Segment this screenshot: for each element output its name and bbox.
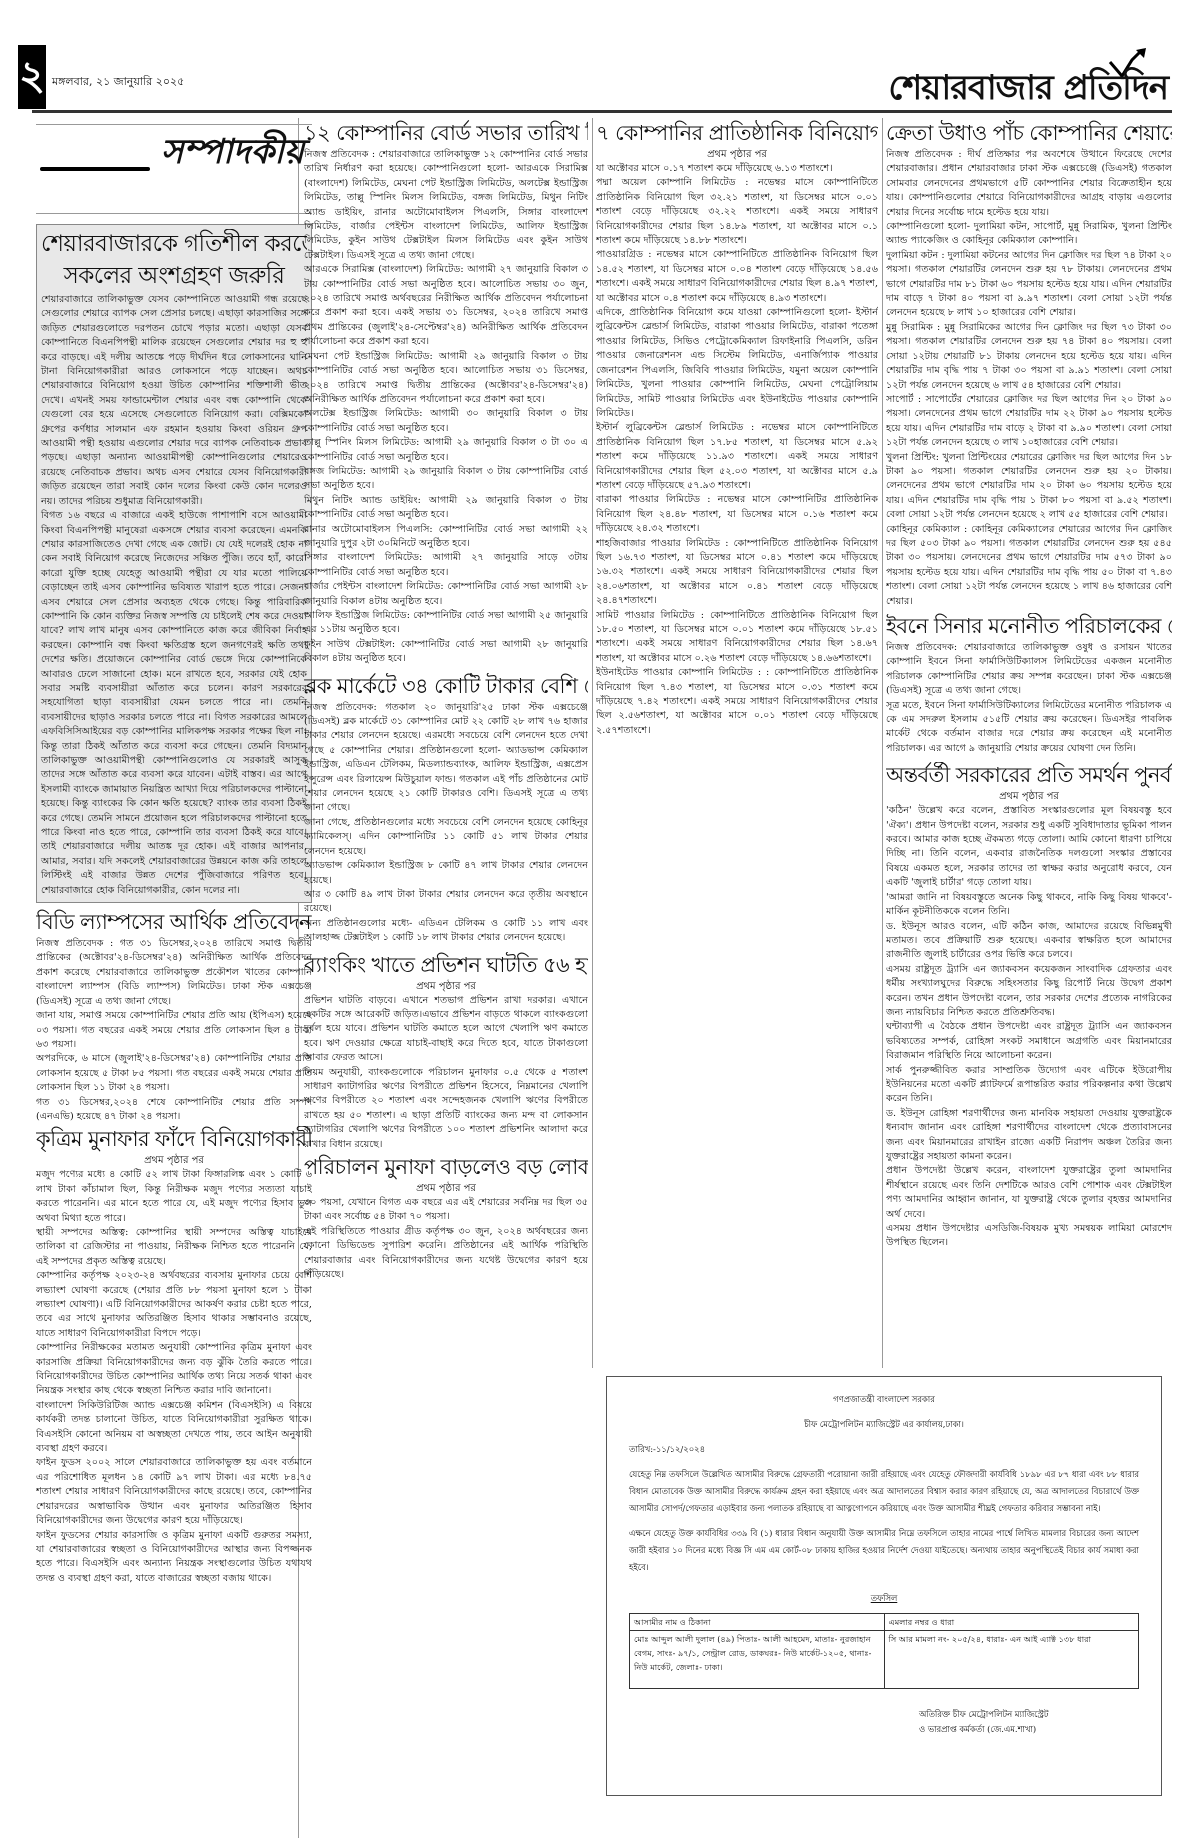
article-paragraph: এদিকে, প্রাতিষ্ঠানিক বিনিয়োগ কমে যাওয়া…: [596, 306, 878, 421]
article-paragraph: মুন্নু সিরামিক : মুন্নু সিরামিকের আগের দ…: [886, 321, 1172, 393]
section-label: সম্পাদকীয়: [161, 145, 304, 159]
editorial-article: শেয়ারবাজারকে গতিশীল করতে সকলের অংশগ্রহণ…: [36, 224, 312, 903]
article-paragraph: ইউনাইটেড পাওয়ার কোম্পানি লিমিটেড : : কো…: [596, 666, 878, 738]
article-paragraph: ঘন্টাব্যাপী এ বৈঠকে প্রধান উপদেষ্টা এবং …: [886, 1020, 1172, 1063]
article-paragraph: বারাকা পাওয়ার লিমিটেড : নভেম্বর মাসে কো…: [596, 493, 878, 536]
article-paragraph: যা অক্টোবর মাসে ০.১৭ শতাংশ কমে দাঁড়িয়ে…: [596, 162, 878, 176]
article-paragraph: নিজস্ব প্রতিবেদক : গত ৩১ ডিসেম্বর,২০২৪ ত…: [36, 937, 312, 1009]
bd-lamps-article: বিডি ল্যাম্পসের আর্থিক প্রতিবেদন প্রকাশ …: [36, 909, 312, 1124]
masthead: ২ মঙ্গলবার, ২১ জানুয়ারি ২০২৫ শেয়ারবাজা…: [0, 0, 1200, 110]
article-paragraph: প্রধান উপদেষ্টা উল্লেখ করেন, বাংলাদেশ যু…: [886, 1164, 1172, 1222]
article-headline: ক্রেতা উধাও পাঁচ কোম্পানির শেয়ারের: [886, 120, 1172, 146]
article-paragraph: ৩০ পয়সা, যেখানে বিগত এক বছরে এর এই শেয়…: [304, 1196, 588, 1225]
editorial-paragraph: শেয়ারবাজারে তালিকাভুক্ত যেসব কোম্পানিতে…: [41, 293, 307, 509]
column-3: ৭ কোম্পানির প্রাতিষ্ঠানিক বিনিয়োগ প্রথম…: [596, 118, 878, 1368]
column-2: ১২ কোম্পানির বোর্ড সভার তারিখ নির্ধারণ ন…: [304, 118, 588, 1838]
article-paragraph: সূত্র মতে, ইবনে সিনা ফার্মাসিউটিক্যালের …: [886, 699, 1172, 757]
continuation-label: প্রথম পৃষ্ঠার পর: [36, 1154, 312, 1168]
signature-subtitle: ও ভারপ্রাপ্ত কর্মকর্তা (জে.এম.শাখা): [919, 1722, 1139, 1737]
notice-paragraph: এক্ষনে যেহেতু উক্ত কার্যবিধির ৩৩৯ বি (১)…: [629, 1525, 1139, 1576]
article-paragraph: নিজস্ব প্রতিবেদক : শেয়ারবাজারে তালিকাভু…: [304, 148, 588, 263]
article-paragraph: তাল্লু স্পিনিং মিলস লিমিটেড: আগামী ২৯ জা…: [304, 436, 588, 465]
editorial-headline-line1: শেয়ারবাজারকে গতিশীল করতে: [41, 229, 307, 259]
continuation-label: প্রথম পৃষ্ঠার পর: [304, 1182, 588, 1196]
decorative-stroke: [40, 167, 150, 171]
table-header-cell: এমলার নম্বর ও ধারা: [884, 1614, 1139, 1631]
article-paragraph: গত ৩১ ডিসেম্বর,২০২৪ শেষে কোম্পানিটির শেয…: [36, 1096, 312, 1125]
article-headline: ব্লক মার্কেটে ৩৪ কোটি টাকার বেশি শেয়ার …: [304, 673, 588, 699]
article-paragraph: অ্যাডভান্স কেমিক্যাল ইন্ডাস্ট্রিজ ৮ কোটি…: [304, 859, 588, 888]
editorial-headline-line2: সকলের অংশগ্রহণ জরুরি: [41, 261, 307, 291]
article-paragraph: সার্ক পুনরুজ্জীবিত করার সাম্প্রতিক উদ্যো…: [886, 1064, 1172, 1107]
notice-date: তারিখ:-১১/১২/২০২৪: [629, 1441, 1139, 1458]
article-paragraph: এসময় রাষ্ট্রদূত ট্র্যাসি এন জ্যাকবসন কয…: [886, 963, 1172, 1021]
article-paragraph: কোম্পানির নিরীক্ষকের মতামত অনুযায়ী কোম্…: [36, 1341, 312, 1399]
article-headline: অন্তর্বর্তী সরকারের প্রতি সমর্থন পুনর্ব্…: [886, 762, 1172, 788]
continuation-label: প্রথম পৃষ্ঠার পর: [886, 790, 1172, 804]
column-1: সম্পাদকীয় শেয়ারবাজারকে গতিশীল করতে সকল…: [36, 118, 312, 1838]
article-paragraph: সাপোর্ট : সাপোর্টের শেয়ারের ক্লোজিং দর …: [886, 393, 1172, 451]
column-4: ক্রেতা উধাও পাঁচ কোম্পানির শেয়ারের নিজস…: [886, 118, 1172, 1368]
article-paragraph: বঙ্গজ লিমিটেড: আগামী ২৯ জানুয়ারি বিকাল …: [304, 465, 588, 494]
article-paragraph: পদ্মা অয়েল কোম্পানি লিমিটেড : নভেম্বর ম…: [596, 176, 878, 248]
table-cell: সি আর মামলা নং- ২০৫/২৪, ধারাঃ- এন আই এ্য…: [884, 1631, 1139, 1689]
table-cell: মোঃ আব্দুল আলী দুলাল (৪৯) পিতাঃ- আলী আহম…: [630, 1631, 885, 1689]
signature-block: অতিরিক্ত চীফ মেট্রোপলিটন ম্যাজিস্ট্রেট ও…: [919, 1707, 1139, 1737]
article-paragraph: জানা যায়, সমাপ্ত সময়ে কোম্পানিটির শেয়…: [36, 1009, 312, 1052]
article-paragraph: নিজস্ব প্রতিবেদক: শেয়ারবাজারে তালিকাভুক…: [886, 641, 1172, 699]
article-headline: কৃত্রিম মুনাফার ফাঁদে বিনিয়োগকারীরা: [36, 1126, 312, 1152]
article-headline: ইবনে সিনার মনোনীত পরিচালকের শেয়ার ক্রয়: [886, 613, 1172, 639]
editorial-banner: সম্পাদকীয়: [36, 124, 312, 214]
article-paragraph: কুইন সাউথ টেক্সটাইল: কোম্পানিটির বোর্ড স…: [304, 638, 588, 667]
provision-article: ব্যাংকিং খাতে প্রভিশন ঘাটতি ৫৬ হাজার প্র…: [304, 952, 588, 1152]
table-header-cell: আসামীর নাম ও ঠিকানা: [630, 1614, 885, 1631]
table-header-row: আসামীর নাম ও ঠিকানা এমলার নম্বর ও ধারা: [630, 1614, 1139, 1631]
article-paragraph: কোহিনূর কেমিক্যাল : কোহিনূর কেমিক্যালের …: [886, 523, 1172, 609]
editorial-paragraph: বিগত ১৬ বছরে এ বাজারে একই হাউজে পাশাপাশি…: [41, 509, 307, 898]
article-paragraph: ড. ইউনূস রোহিঙ্গা শরণার্থীদের জন্য মানবি…: [886, 1107, 1172, 1165]
article-paragraph: বাংলাদেশ সিকিউরিটিজ অ্যান্ড এক্সচেঞ্জ কম…: [36, 1399, 312, 1457]
continuation-label: প্রথম পৃষ্ঠার পর: [596, 148, 878, 162]
article-paragraph: কোম্পানির কর্তৃপক্ষ ২০২৩-২৪ অর্থবছরের ব্…: [36, 1269, 312, 1341]
article-paragraph: দুলামিয়া কটন : দুলামিয়া কটনের আগের দিন…: [886, 249, 1172, 321]
article-headline: ৭ কোম্পানির প্রাতিষ্ঠানিক বিনিয়োগ: [596, 120, 878, 146]
article-headline: বিডি ল্যাম্পসের আর্থিক প্রতিবেদন প্রকাশ: [36, 909, 312, 935]
article-headline: ১২ কোম্পানির বোর্ড সভার তারিখ নির্ধারণ: [304, 120, 588, 146]
article-paragraph: নিজস্ব প্রতিবেদক : দীর্ঘ প্রতিক্ষার পর অ…: [886, 148, 1172, 220]
article-paragraph: স্থায়ী সম্পদের অস্তিত্ব: কোম্পানির স্থা…: [36, 1226, 312, 1269]
article-headline: ব্যাংকিং খাতে প্রভিশন ঘাটতি ৫৬ হাজার: [304, 952, 588, 978]
article-paragraph: মজুদ পণ্যের মধ্যে ৪ কোটি ৫২ লাখ টাকা ফিঙ…: [36, 1168, 312, 1226]
article-paragraph: সামিট পাওয়ার লিমিটেড : কোম্পানিটিতে প্র…: [596, 609, 878, 667]
column-divider: [592, 118, 593, 1368]
article-paragraph: ড. ইউনূস আরও বলেন, এটি কঠিন কাজ, আমাদের …: [886, 920, 1172, 963]
article-paragraph: মিথুন নিটিং অ্যান্ড ডাইয়িং: আগামী ২৯ জা…: [304, 494, 588, 523]
article-paragraph: ফাইন ফুডসের শেয়ার কারসাজি ও কৃত্রিম মুন…: [36, 1529, 312, 1587]
notice-paragraph: যেহেতু নিম্ন তফসিলে উল্লেখিত আসামীর বিরু…: [629, 1466, 1139, 1517]
page-number: ২: [18, 45, 46, 109]
article-paragraph: 'কঠিন' উল্লেখ করে বলেন, প্রস্তাবিত সংস্ক…: [886, 804, 1172, 890]
article-paragraph: অপরদিকে, ৬ মাসে (জুলাই'২৪-ডিসেম্বর'২৪) ক…: [36, 1052, 312, 1095]
article-paragraph: কোম্পানিগুলো হলো- দুলামিয়া কটন, সাপোর্ট…: [886, 220, 1172, 249]
article-paragraph: অলটেক্স ইন্ডাস্ট্রিজ লিমিটেড: আগামী ৩০ জ…: [304, 407, 588, 436]
institutional-investment-article: ৭ কোম্পানির প্রাতিষ্ঠানিক বিনিয়োগ প্রথম…: [596, 120, 878, 738]
article-paragraph: আরএকে সিরামিক্স (বাংলাদেশ) লিমিটেড: আগাম…: [304, 263, 588, 349]
article-paragraph: পাওয়ারগ্রিড : নভেম্বর মাসে কোম্পানিটিতে…: [596, 248, 878, 306]
interim-govt-article: অন্তর্বর্তী সরকারের প্রতি সমর্থন পুনর্ব্…: [886, 762, 1172, 1251]
ibne-sina-article: ইবনে সিনার মনোনীত পরিচালকের শেয়ার ক্রয়…: [886, 613, 1172, 756]
article-paragraph: 'আমরা জানি না বিষয়বস্তুতে অনেক কিছু থাক…: [886, 891, 1172, 920]
board-meeting-article: ১২ কোম্পানির বোর্ড সভার তারিখ নির্ধারণ ন…: [304, 120, 588, 667]
article-paragraph: বার্জার পেইন্টস বাংলাদেশ লিমিটেড: কোম্পা…: [304, 580, 588, 609]
article-paragraph: অন্য প্রতিষ্ঠানগুলোর মধ্যে- এডিএন টেলিকম…: [304, 917, 588, 946]
article-paragraph: ফাইন ফুডস ২০০২ সালে শেয়ারবাজারে তালিকাভ…: [36, 1456, 312, 1528]
continuation-label: প্রথম পৃষ্ঠার পর: [304, 980, 588, 994]
column-divider: [882, 118, 883, 1368]
signature-title: অতিরিক্ত চীফ মেট্রোপলিটন ম্যাজিস্ট্রেট: [919, 1707, 1139, 1722]
notice-govt-header: গণপ্রজাতন্ত্রী বাংলাদেশ সরকার: [629, 1391, 1139, 1408]
block-market-article: ব্লক মার্কেটে ৩৪ কোটি টাকার বেশি শেয়ার …: [304, 673, 588, 946]
article-paragraph: খুলনা প্রিন্টিং: খুলনা প্রিন্টিংয়ের শেয…: [886, 451, 1172, 523]
article-paragraph: এই পরিস্থিতিতে পাওয়ার গ্রীড কর্তৃপক্ষ ৩…: [304, 1225, 588, 1283]
notice-office-header: চীফ মেট্রোপলিটন ম্যাজিস্ট্রেট এর কার্যাল…: [629, 1416, 1139, 1433]
artificial-profit-article: কৃত্রিম মুনাফার ফাঁদে বিনিয়োগকারীরা প্র…: [36, 1126, 312, 1586]
article-paragraph: জানা গেছে, প্রতিষ্ঠানগুলোর মধ্যে সবচেয়ে…: [304, 816, 588, 859]
article-paragraph: প্রভিশন ঘাটতি বাড়বে। এখানে শতভাগ প্রভিশ…: [304, 994, 588, 1066]
buyers-vanish-article: ক্রেতা উধাও পাঁচ কোম্পানির শেয়ারের নিজস…: [886, 120, 1172, 609]
article-paragraph: রানার অটোমোবাইলস পিএলসি: কোম্পানিটির বোর…: [304, 523, 588, 552]
operating-profit-article: পরিচালন মুনাফা বাড়লেও বড় লোকসানের প্রথ…: [304, 1154, 588, 1282]
article-paragraph: মেঘনা পেট ইন্ডাস্ট্রিজ লিমিটেড: আগামী ২৯…: [304, 350, 588, 408]
article-paragraph: সিঙ্গার বাংলাদেশ লিমিটেড: আগামী ২৭ জানুয…: [304, 551, 588, 580]
article-paragraph: আলিফ ইন্ডাস্ট্রিজ লিমিটেড: কোম্পানিটির ব…: [304, 609, 588, 638]
article-paragraph: আর ৩ কোটি ৪৯ লাখ টাকা টাকার শেয়ার লেনদে…: [304, 888, 588, 917]
schedule-title: তফসিল: [629, 1590, 1139, 1607]
schedule-table: আসামীর নাম ও ঠিকানা এমলার নম্বর ও ধারা ম…: [629, 1613, 1139, 1689]
article-paragraph: নিজস্ব প্রতিবেদক: গতকাল ২০ জানুয়ারি'২৫ …: [304, 701, 588, 816]
article-paragraph: শাহজিবাজার পাওয়ার লিমিটেড : কোম্পানিটিত…: [596, 537, 878, 609]
header-rule: [32, 110, 1172, 113]
article-paragraph: নিয়ম অনুযায়ী, ব্যাংকগুলোকে পরিচালন মুন…: [304, 1066, 588, 1152]
table-row: মোঃ আব্দুল আলী দুলাল (৪৯) পিতাঃ- আলী আহম…: [630, 1631, 1139, 1689]
article-paragraph: ইস্টার্ন লুব্রিকেন্টস ব্লেন্ডার্স লিমিটে…: [596, 421, 878, 493]
article-headline: পরিচালন মুনাফা বাড়লেও বড় লোকসানের: [304, 1154, 588, 1180]
court-notice: গণপ্রজাতন্ত্রী বাংলাদেশ সরকার চীফ মেট্রো…: [606, 1376, 1162, 1796]
issue-date: মঙ্গলবার, ২১ জানুয়ারি ২০২৫: [52, 73, 184, 92]
article-paragraph: এসময় প্রধান উপদেষ্টার এসডিজি-বিষয়ক মুখ…: [886, 1222, 1172, 1251]
